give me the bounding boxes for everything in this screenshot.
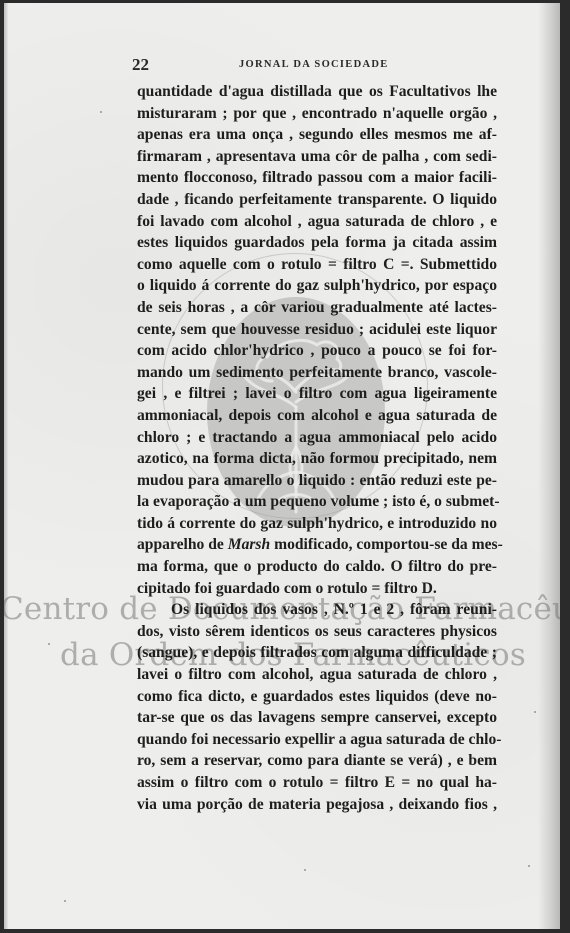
page-number: 22	[132, 55, 149, 75]
paper-speck	[64, 900, 66, 902]
paragraph-start-line: Os liquidos dos vasos , N.º 1 e 2 , fôra…	[137, 599, 497, 621]
scanned-page-frame: Centro de Documentação Farmacêutica da O…	[0, 0, 570, 933]
text-line: foi lavado com alcohol , agua saturada d…	[137, 211, 497, 233]
text-line: dade , ficando perfeitamente transparent…	[137, 189, 497, 211]
text-line: quando foi necessario expellir a agua sa…	[137, 729, 497, 751]
paper-speck	[48, 643, 50, 645]
page-gutter-shadow	[538, 3, 560, 929]
text-line: lavei o filtro com alcohol, agua saturad…	[137, 664, 497, 686]
text-line: mando um sedimento perfeitamente branco,…	[137, 362, 497, 384]
text-line: misturaram ; por que , encontrado n'aque…	[137, 103, 497, 125]
text-line: ma forma, que o producto do caldo. O fil…	[137, 556, 497, 578]
marsh-line-after: modificado, comportou-se da mes-	[270, 536, 503, 553]
paragraph-end-line: cipitado foi guardado com o rotulo = fil…	[137, 578, 497, 600]
text-line: ro, sem a reservar, como para diante se …	[137, 750, 497, 772]
text-line: mudou para amarello o liquido : então re…	[137, 470, 497, 492]
marsh-line-before: apparelho de	[137, 536, 228, 553]
journal-title: JORNAL DA SOCIEDADE	[239, 59, 389, 70]
text-line: o liquido á corrente do gaz sulph'hydric…	[137, 275, 497, 297]
text-line: via uma porção de materia pegajosa , dei…	[137, 794, 497, 816]
paper-speck	[304, 869, 306, 871]
text-line: (sangue), e depois filtrados com alguma …	[137, 642, 497, 664]
text-line: tar-se que os das lavagens sempre canser…	[137, 707, 497, 729]
text-line: apenas era uma onça , segundo elles mesm…	[137, 124, 497, 146]
book-page: Centro de Documentação Farmacêutica da O…	[4, 3, 560, 929]
text-line: firmaram , apresentava uma côr de palha …	[137, 146, 497, 168]
body-text: quantidade d'agua distillada que os Facu…	[137, 81, 497, 815]
running-head: 22 JORNAL DA SOCIEDADE	[132, 57, 512, 77]
text-line: tido á corrente do gaz sulph'hydrico, e …	[137, 513, 497, 535]
text-line: quantidade d'agua distillada que os Facu…	[137, 81, 497, 103]
text-line: chloro ; e tractando a agua ammoniacal p…	[137, 427, 497, 449]
text-line: assim o filtro com o rotulo = filtro E =…	[137, 772, 497, 794]
text-line: cente, sem que houvesse residuo ; acidul…	[137, 319, 497, 341]
text-line: de seis horas , a côr variou gradualment…	[137, 297, 497, 319]
paper-speck	[534, 711, 536, 713]
text-line: como aquelle com o rotulo = filtro C =. …	[137, 254, 497, 276]
text-line: estes liquidos guardados pela forma ja c…	[137, 232, 497, 254]
text-line: mento flocconoso, filtrado passou com a …	[137, 167, 497, 189]
marsh-name-italic: Marsh	[228, 536, 270, 553]
text-line: com acido chlor'hydrico , pouco a pouco …	[137, 340, 497, 362]
text-line-marsh: apparelho de Marsh modificado, comportou…	[137, 534, 497, 556]
paper-speck	[528, 865, 530, 867]
text-line: ammoniacal, depois com alcohol e agua sa…	[137, 405, 497, 427]
page-left-edge	[4, 3, 8, 929]
paper-speck	[100, 111, 102, 113]
text-line: dos, visto sêrem identicos os seus carac…	[137, 621, 497, 643]
text-line: la evaporação a um pequeno volume ; isto…	[137, 491, 497, 513]
text-line: gei , e filtrei ; lavei o filtro com agu…	[137, 383, 497, 405]
text-line: como fica dicto, e guardados estes liqui…	[137, 686, 497, 708]
text-line: azotico, na forma dicta, não formou prec…	[137, 448, 497, 470]
